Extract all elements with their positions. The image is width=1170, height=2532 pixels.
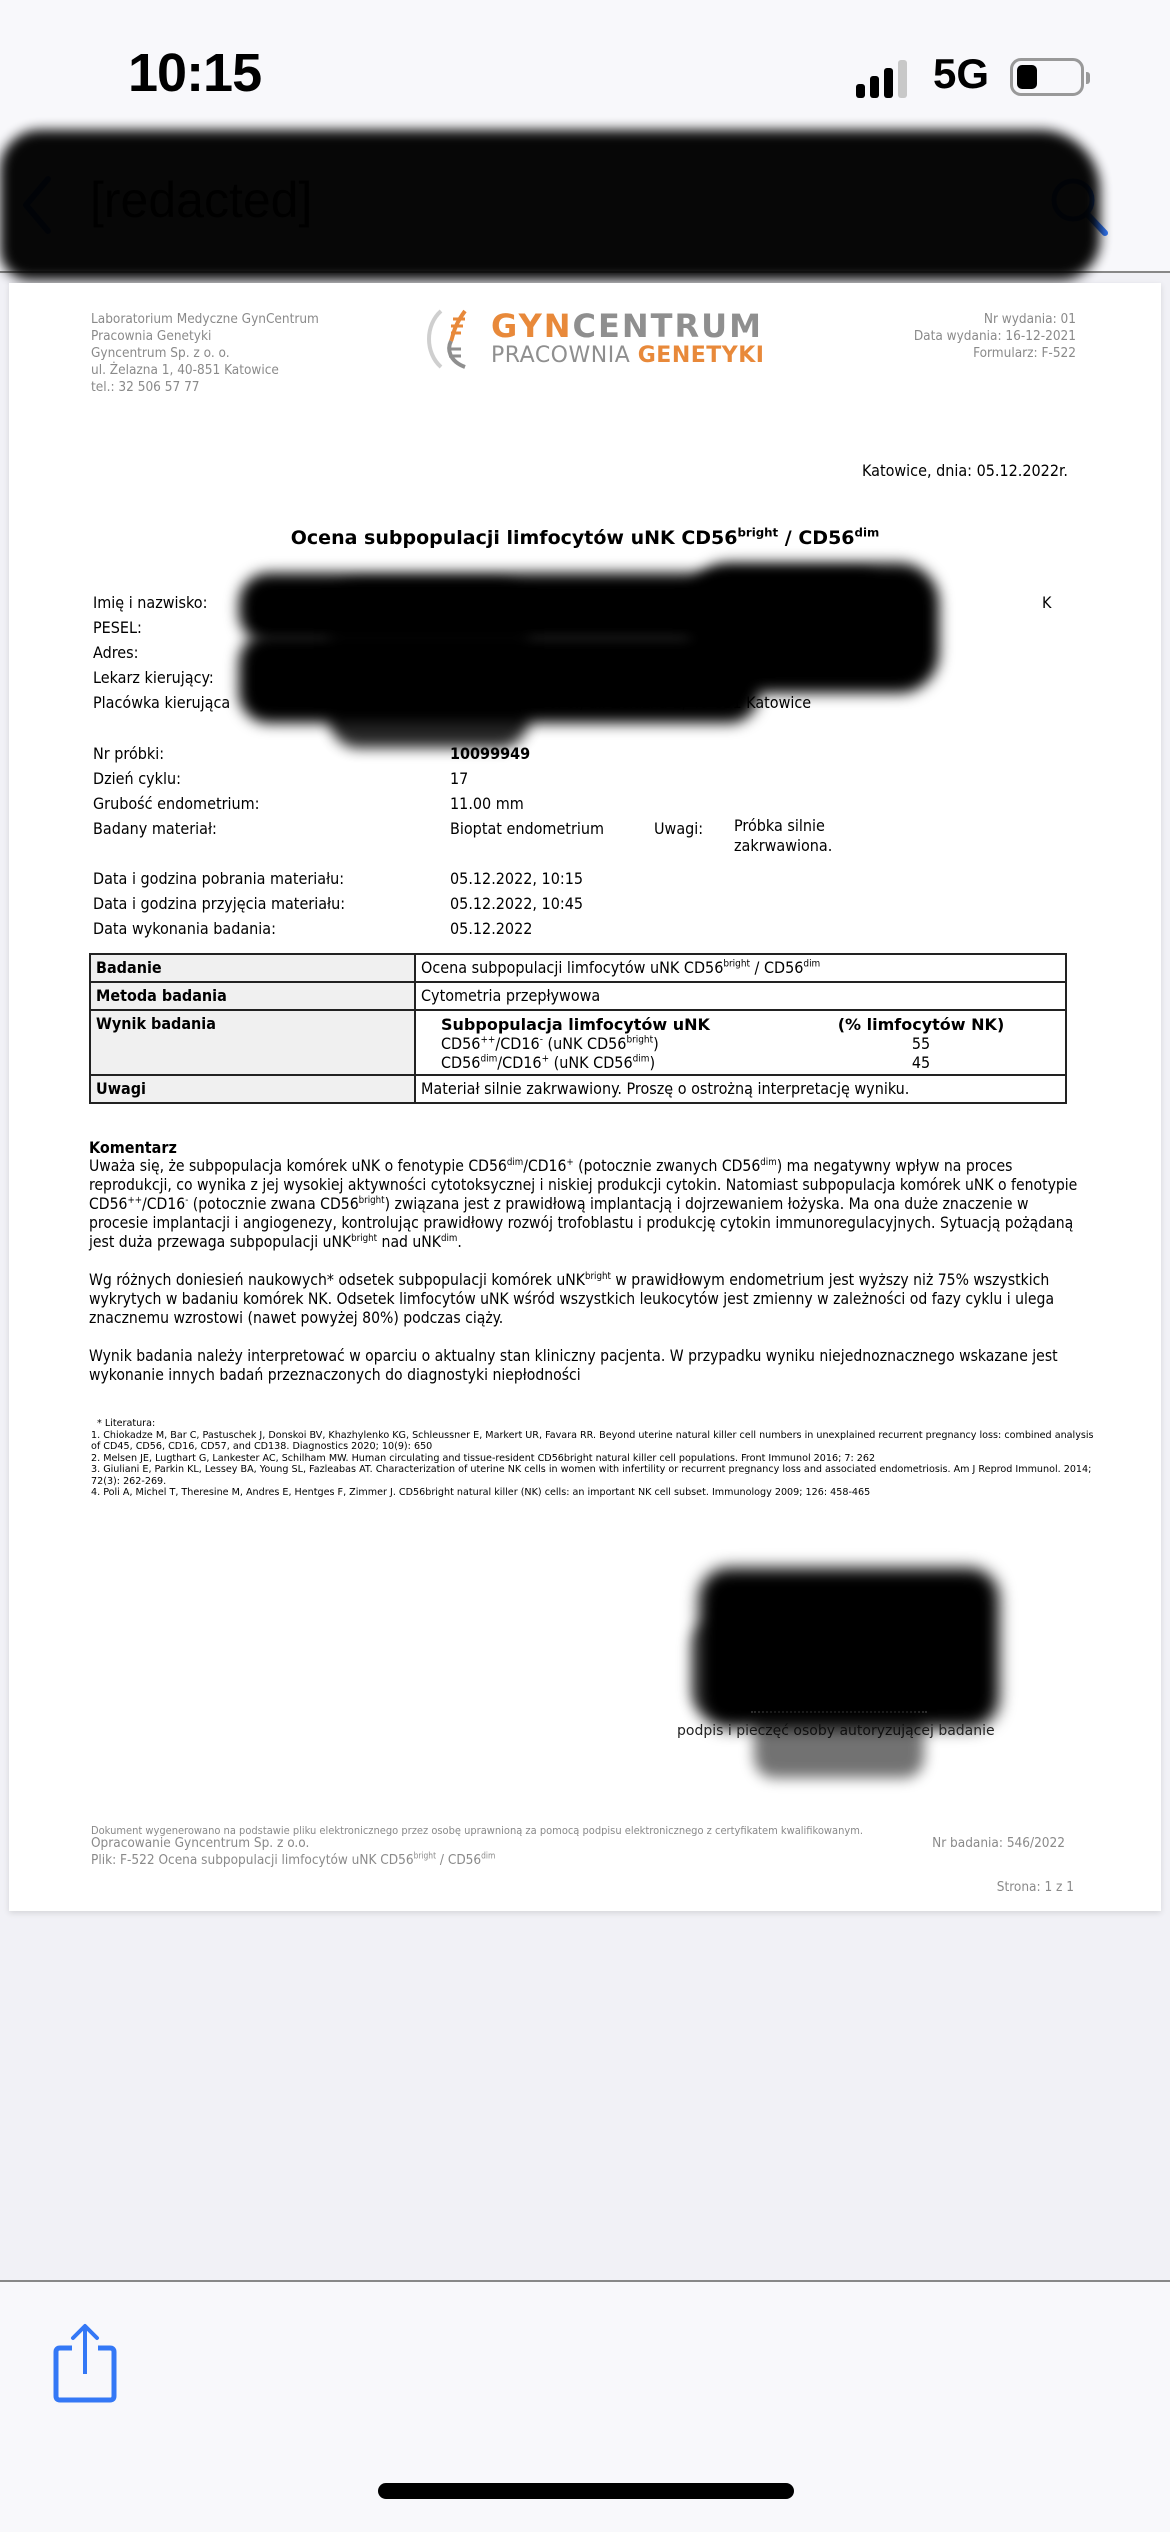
redaction-mark [0,130,1100,280]
form-info: Nr wydania: 01 Data wydania: 16-12-2021 … [914,311,1076,362]
sample-label: Data i godzina przyjęcia materiału: [93,891,345,916]
table-row: Badanie Ocena subpopulacji limfocytów uN… [90,954,1066,982]
redaction-mark [329,583,529,748]
comment-paragraph: Uważa się, że subpopulacja komórek uNK o… [89,1157,1089,1252]
footer-left: Opracowanie Gyncentrum Sp. z o.o. Plik: … [91,1835,495,1869]
result-value: 45 [821,1053,1021,1072]
redaction-mark [754,1703,924,1778]
dna-icon [423,307,483,371]
sample-label: Grubość endometrium: [93,791,260,816]
lab-info: Laboratorium Medyczne GynCentrum Pracown… [91,311,319,396]
status-time: 10:15 [128,42,261,104]
sample-value: 17 [450,766,468,791]
sample-label: Data i godzina pobrania materiału: [93,866,344,891]
home-indicator[interactable] [378,2483,794,2499]
comment-paragraph: Wynik badania należy interpretować w opa… [89,1347,1089,1385]
battery-icon [1010,58,1084,96]
sample-value: 10099949 [450,741,530,766]
comment-paragraph: Wg różnych doniesień naukowych* odsetek … [89,1271,1089,1328]
sample-value: 05.12.2022, 10:45 [450,891,583,916]
address-label: Adres: [93,640,138,665]
sample-label: Nr próbki: [93,741,164,766]
page-number: Strona: 1 z 1 [997,1875,1074,1900]
sample-value: Bioptat endometrium [450,816,604,841]
sample-value: 11.00 mm [450,791,524,816]
exam-number: Nr badania: 546/2022 [932,1835,1065,1852]
network-type: 5G [933,50,989,98]
results-subheader: Subpopulacja limfocytów uNK(% limfocytów… [421,1015,1060,1034]
sex-value: K [1042,590,1051,615]
table-row: Metoda badania Cytometria przepływowa [90,982,1066,1010]
sample-label: Dzień cyklu: [93,766,181,791]
sample-label: Data wykonania badania: [93,916,276,941]
pesel-label: PESEL: [93,615,142,640]
sample-value: 05.12.2022 [450,916,532,941]
signal-icon [856,58,916,98]
result-value: 55 [821,1034,1021,1053]
sample-note-label: Uwagi: [654,816,703,841]
gyncentrum-logo: GYNCENTRUM PRACOWNIA GENETYKI [423,305,763,375]
sample-value: 05.12.2022, 10:15 [450,866,583,891]
place-date: Katowice, dnia: 05.12.2022r. [862,458,1068,483]
table-row: Uwagi Materiał silnie zakrwawiony. Prosz… [90,1075,1066,1103]
result-row: CD56dim/CD16+ (uNK CD56dim)45 [421,1053,1060,1072]
table-row: Wynik badania Subpopulacja limfocytów uN… [90,1010,1066,1075]
results-table: Badanie Ocena subpopulacji limfocytów uN… [89,953,1067,1104]
share-icon[interactable] [52,2322,118,2404]
patient-name-label: Imię i nazwisko: [93,590,207,615]
sample-note-value: Próbka silniezakrwawiona. [734,816,832,856]
references: * Literatura: 1. Chiokadze M, Bar C, Pas… [91,1418,1101,1499]
document-title: Ocena subpopulacji limfocytów uNK CD56br… [9,526,1161,551]
facility-label: Placówka kierująca [93,690,230,715]
comment-section: Komentarz Uważa się, że subpopulacja kom… [89,1138,1089,1404]
doctor-label: Lekarz kierujący: [93,665,214,690]
result-row: CD56++/CD16- (uNK CD56bright)55 [421,1034,1060,1053]
redaction-mark [691,1623,761,1713]
status-bar: 10:15 5G [0,0,1170,135]
sample-label: Badany materiał: [93,816,217,841]
document-page: Laboratorium Medyczne GynCentrum Pracown… [9,283,1161,1911]
